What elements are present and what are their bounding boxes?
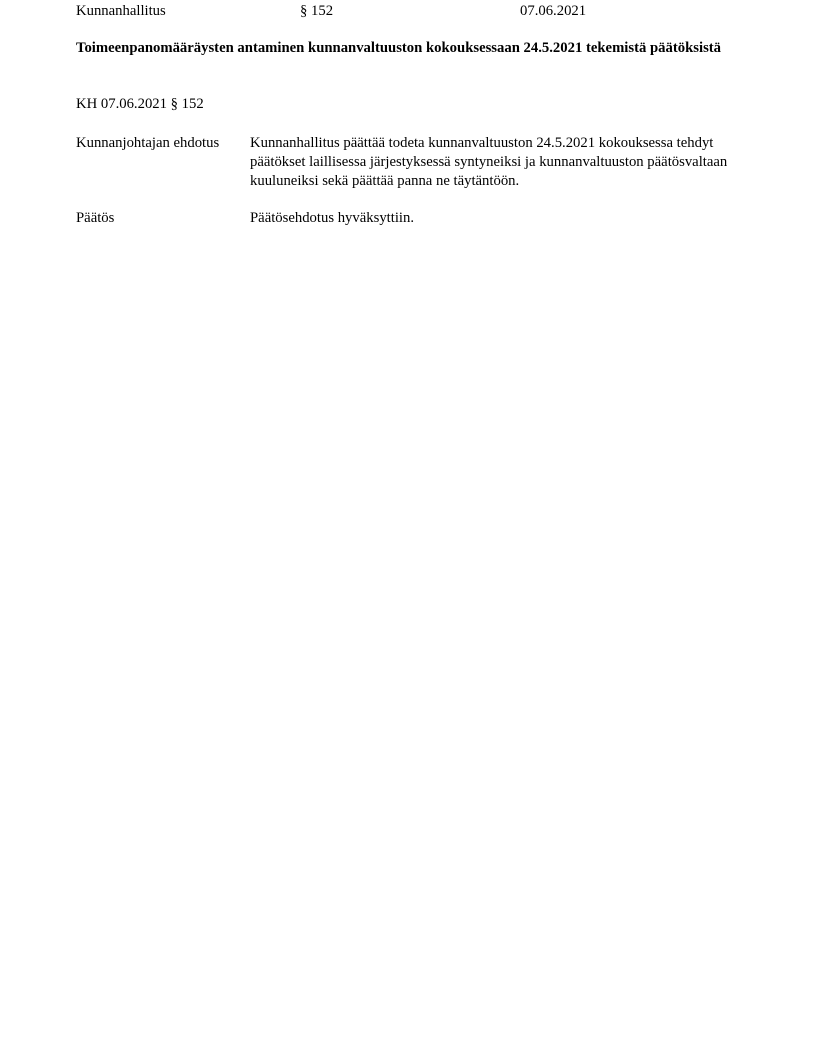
proposal-text: Kunnanhallitus päättää todeta kunnanvalt… <box>250 134 730 191</box>
header-body-name: Kunnanhallitus <box>76 3 166 20</box>
decision-text: Päätösehdotus hyväksyttiin. <box>250 209 730 228</box>
document-page: Kunnanhallitus § 152 07.06.2021 Toimeenp… <box>0 0 816 1056</box>
document-title: Toimeenpanomääräysten antaminen kunnanva… <box>76 39 726 58</box>
header-date: 07.06.2021 <box>520 3 586 20</box>
header-section-number: § 152 <box>300 3 333 20</box>
meeting-reference: KH 07.06.2021 § 152 <box>76 96 204 113</box>
proposal-label: Kunnanjohtajan ehdotus <box>76 134 219 153</box>
decision-label: Päätös <box>76 209 114 228</box>
